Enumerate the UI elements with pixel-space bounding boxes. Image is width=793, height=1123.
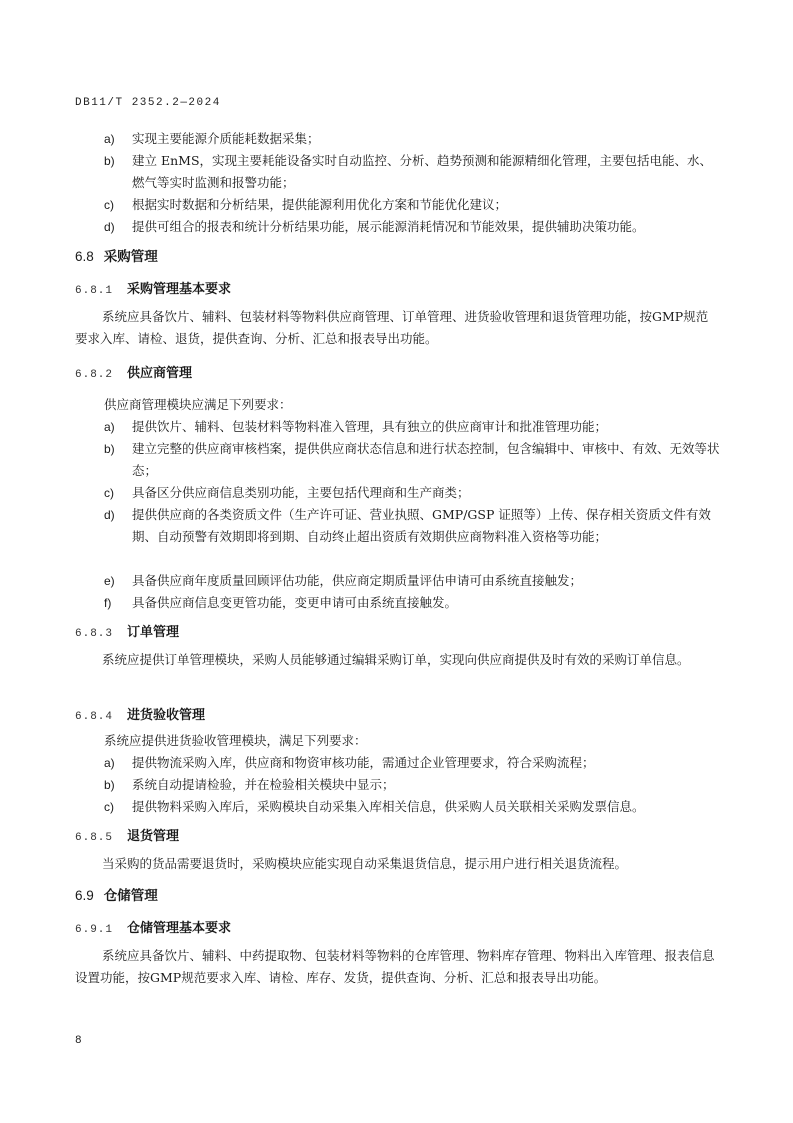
list-item: a) 实现主要能源介质能耗数据采集； xyxy=(104,128,724,150)
subsection-number: 6.8.4 xyxy=(75,711,113,723)
list-label: c) xyxy=(104,194,114,216)
list-label: d) xyxy=(104,504,115,526)
list-label: f) xyxy=(104,592,111,614)
paragraph: 当采购的货品需要退货时，采购模块应能实现自动采集退货信息，提示用户进行相关退货流… xyxy=(75,853,720,875)
subsection-number: 6.9.1 xyxy=(75,924,113,936)
subsection-number: 6.8.5 xyxy=(75,832,113,844)
list-item: d) 提供供应商的各类资质文件（生产许可证、营业执照、GMP/GSP 证照等）上… xyxy=(104,504,724,548)
list-text: 系统自动提请检验，并在检验相关模块中显示； xyxy=(132,774,724,796)
subsection-title: 采购管理基本要求 xyxy=(127,282,231,297)
list-item: c) 根据实时数据和分析结果，提供能源利用优化方案和节能优化建议； xyxy=(104,194,724,216)
subsection-heading-6-8-2: 6.8.2供应商管理 xyxy=(75,362,192,381)
list-intro: 系统应提供进货验收管理模块，满足下列要求： xyxy=(104,730,367,752)
subsection-title: 退货管理 xyxy=(127,829,179,844)
paragraph: 系统应提供订单管理模块，采购人员能够通过编辑采购订单，实现向供应商提供及时有效的… xyxy=(75,649,720,671)
list-item: b) 建立完整的供应商审核档案，提供供应商状态信息和进行状态控制，包含编辑中、审… xyxy=(104,438,724,482)
list-label: a) xyxy=(104,752,115,774)
list-text: 具备供应商年度质量回顾评估功能，供应商定期质量评估申请可由系统直接触发； xyxy=(132,570,724,592)
list-text: 提供供应商的各类资质文件（生产许可证、营业执照、GMP/GSP 证照等）上传、保… xyxy=(132,504,724,548)
section-heading-6-8: 6.8采购管理 xyxy=(75,245,158,265)
list-label: a) xyxy=(104,416,115,438)
list-text: 实现主要能源介质能耗数据采集； xyxy=(132,128,724,150)
subsection-heading-6-8-3: 6.8.3订单管理 xyxy=(75,621,179,640)
list-label: d) xyxy=(104,216,115,238)
list-item: a) 提供物流采购入库，供应商和物资审核功能，需通过企业管理要求，符合采购流程； xyxy=(104,752,724,774)
subsection-number: 6.8.2 xyxy=(75,369,113,381)
list-text: 建立完整的供应商审核档案，提供供应商状态信息和进行状态控制，包含编辑中、审核中、… xyxy=(132,438,724,482)
list-text: 根据实时数据和分析结果，提供能源利用优化方案和节能优化建议； xyxy=(132,194,724,216)
subsection-heading-6-8-4: 6.8.4进货验收管理 xyxy=(75,704,205,723)
page-number: 8 xyxy=(75,1035,82,1047)
list-text: 建立 EnMS，实现主要耗能设备实时自动监控、分析、趋势预测和能源精细化管理，主… xyxy=(132,150,724,194)
section-heading-6-9: 6.9仓储管理 xyxy=(75,884,158,904)
list-item: f) 具备供应商信息变更管功能，变更申请可由系统直接触发。 xyxy=(104,592,724,614)
subsection-title: 订单管理 xyxy=(127,625,179,640)
subsection-heading-6-8-5: 6.8.5退货管理 xyxy=(75,825,179,844)
list-item: c) 提供物料采购入库后，采购模块自动采集入库相关信息，供采购人员关联相关采购发… xyxy=(104,796,724,818)
list-item: a) 提供饮片、辅料、包装材料等物料准入管理，具有独立的供应商审计和批准管理功能… xyxy=(104,416,724,438)
list-text: 提供可组合的报表和统计分析结果功能，展示能源消耗情况和节能效果，提供辅助决策功能… xyxy=(132,216,724,238)
list-item: b) 系统自动提请检验，并在检验相关模块中显示； xyxy=(104,774,724,796)
list-text: 提供饮片、辅料、包装材料等物料准入管理，具有独立的供应商审计和批准管理功能； xyxy=(132,416,724,438)
section-title: 采购管理 xyxy=(104,249,158,265)
subsection-heading-6-9-1: 6.9.1仓储管理基本要求 xyxy=(75,917,231,936)
list-label: a) xyxy=(104,128,115,150)
subsection-title: 进货验收管理 xyxy=(127,708,205,723)
list-item: c) 具备区分供应商信息类别功能，主要包括代理商和生产商类； xyxy=(104,482,724,504)
list-item: d) 提供可组合的报表和统计分析结果功能，展示能源消耗情况和节能效果，提供辅助决… xyxy=(104,216,724,238)
list-label: c) xyxy=(104,796,114,818)
list-label: b) xyxy=(104,150,115,172)
paragraph: 系统应具备饮片、辅料、包装材料等物料供应商管理、订单管理、进货验收管理和退货管理… xyxy=(75,306,720,350)
list-intro: 供应商管理模块应满足下列要求： xyxy=(104,394,292,416)
list-text: 具备区分供应商信息类别功能，主要包括代理商和生产商类； xyxy=(132,482,724,504)
paragraph: 系统应具备饮片、辅料、中药提取物、包装材料等物料的仓库管理、物料库存管理、物料出… xyxy=(75,945,720,989)
subsection-heading-6-8-1: 6.8.1采购管理基本要求 xyxy=(75,278,231,297)
document-page: DB11/T 2352.2—2024 a) 实现主要能源介质能耗数据采集； b)… xyxy=(0,0,793,1123)
section-number: 6.8 xyxy=(75,249,94,264)
list-text: 提供物流采购入库，供应商和物资审核功能，需通过企业管理要求，符合采购流程； xyxy=(132,752,724,774)
subsection-title: 供应商管理 xyxy=(127,366,192,381)
section-title: 仓储管理 xyxy=(104,888,158,904)
subsection-number: 6.8.3 xyxy=(75,628,113,640)
list-label: c) xyxy=(104,482,114,504)
list-label: b) xyxy=(104,774,115,796)
subsection-number: 6.8.1 xyxy=(75,285,113,297)
list-text: 提供物料采购入库后，采购模块自动采集入库相关信息，供采购人员关联相关采购发票信息… xyxy=(132,796,724,818)
list-item: e) 具备供应商年度质量回顾评估功能，供应商定期质量评估申请可由系统直接触发； xyxy=(104,570,724,592)
document-id-header: DB11/T 2352.2—2024 xyxy=(75,97,221,109)
list-label: b) xyxy=(104,438,115,460)
list-item: b) 建立 EnMS，实现主要耗能设备实时自动监控、分析、趋势预测和能源精细化管… xyxy=(104,150,724,194)
subsection-title: 仓储管理基本要求 xyxy=(127,921,231,936)
list-label: e) xyxy=(104,570,115,592)
section-number: 6.9 xyxy=(75,888,94,903)
list-text: 具备供应商信息变更管功能，变更申请可由系统直接触发。 xyxy=(132,592,724,614)
